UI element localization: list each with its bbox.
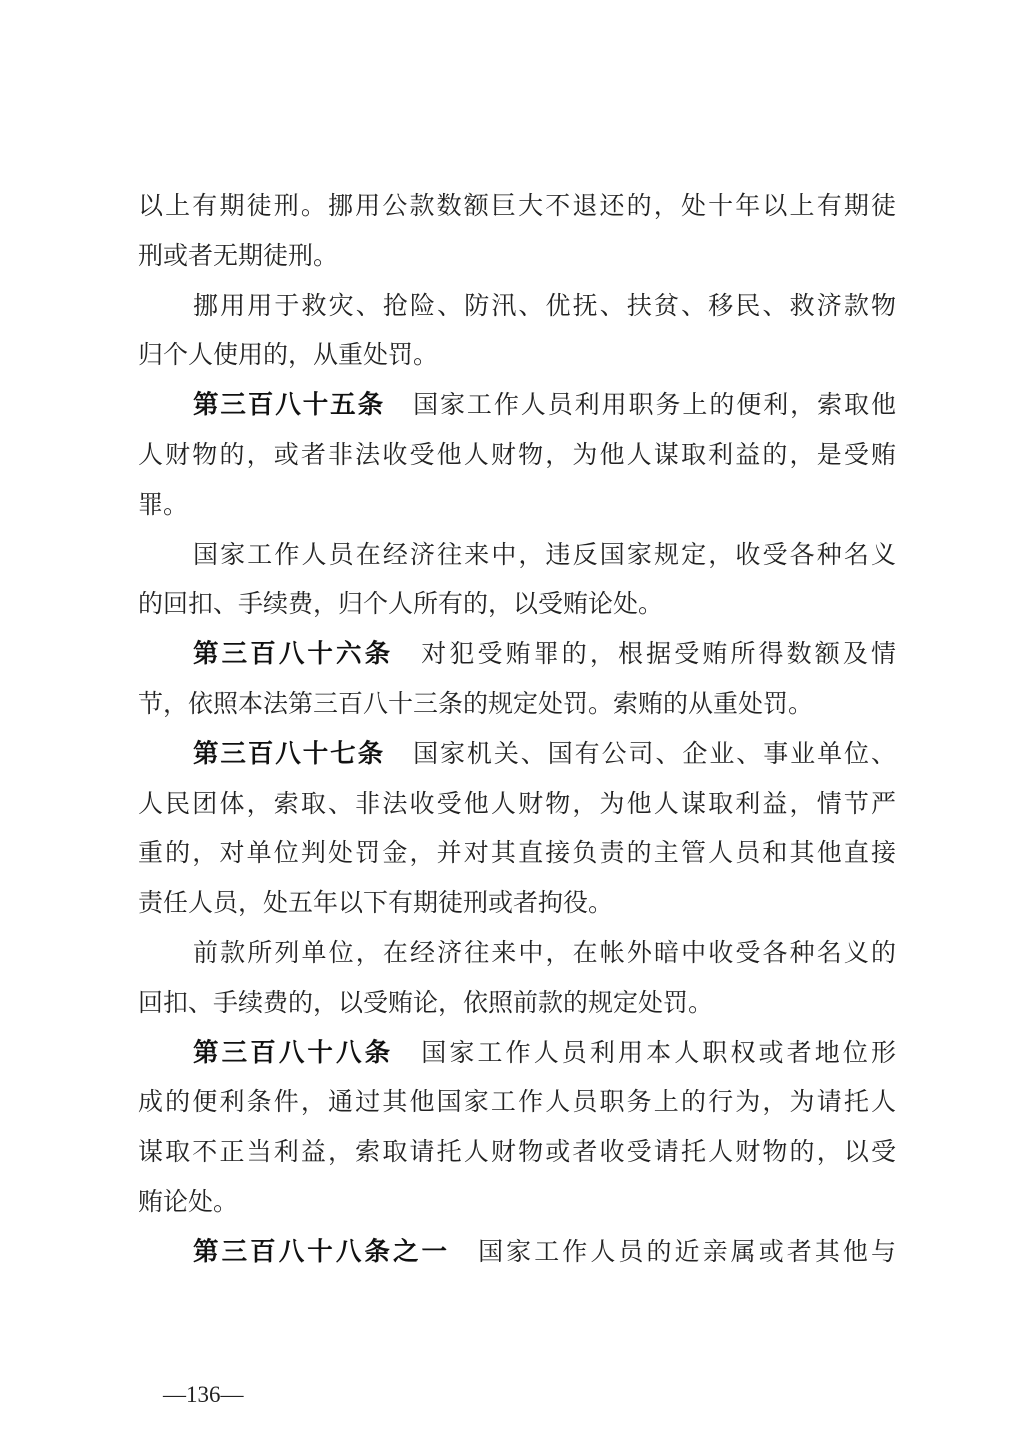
text-line: 谋取不正当利益，索取请托人财物或者收受请托人财物的，以受	[138, 1127, 896, 1177]
line-text: 人财物的，或者非法收受他人财物，为他人谋取利益的，是受贿	[138, 440, 896, 469]
line-text: 国家机关、国有公司、企业、事业单位、	[413, 739, 896, 768]
line-text: 谋取不正当利益，索取请托人财物或者收受请托人财物的，以受	[138, 1137, 896, 1166]
article-heading: 第三百八十七条	[193, 739, 385, 769]
line-text: 成的便利条件，通过其他国家工作人员职务上的行为，为请托人	[138, 1087, 896, 1116]
text-line: 节，依照本法第三百八十三条的规定处罚。索贿的从重处罚。	[138, 679, 896, 729]
line-text: 归个人使用的，从重处罚。	[138, 340, 438, 369]
article-heading: 第三百八十五条	[193, 390, 385, 420]
text-line: 回扣、手续费的，以受贿论，依照前款的规定处罚。	[138, 978, 896, 1028]
text-line: 成的便利条件，通过其他国家工作人员职务上的行为，为请托人	[138, 1077, 896, 1127]
line-text: 国家工作人员的近亲属或者其他与	[478, 1237, 896, 1266]
line-text: 回扣、手续费的，以受贿论，依照前款的规定处罚。	[138, 988, 713, 1017]
line-text: 重的，对单位判处罚金，并对其直接负责的主管人员和其他直接	[138, 838, 896, 867]
line-text: 刑或者无期徒刑。	[138, 241, 338, 270]
text-line: 的回扣、手续费，归个人所有的，以受贿论处。	[138, 579, 896, 629]
article-386-start: 第三百八十六条对犯受贿罪的，根据受贿所得数额及情	[138, 629, 896, 679]
text-line: 贿论处。	[138, 1177, 896, 1227]
text-line: 人财物的，或者非法收受他人财物，为他人谋取利益的，是受贿	[138, 430, 896, 480]
text-line: 责任人员，处五年以下有期徒刑或者拘役。	[138, 878, 896, 928]
text-line: 罪。	[138, 480, 896, 530]
text-line: 人民团体，索取、非法收受他人财物，为他人谋取利益，情节严	[138, 779, 896, 829]
line-text: 责任人员，处五年以下有期徒刑或者拘役。	[138, 888, 613, 917]
page-number: —136—	[163, 1382, 244, 1408]
article-387-start: 第三百八十七条国家机关、国有公司、企业、事业单位、	[138, 729, 896, 779]
text-line: 重的，对单位判处罚金，并对其直接负责的主管人员和其他直接	[138, 828, 896, 878]
line-text: 前款所列单位，在经济往来中，在帐外暗中收受各种名义的	[193, 938, 896, 967]
paragraph-start-line: 国家工作人员在经济往来中，违反国家规定，收受各种名义	[138, 530, 896, 580]
paragraph-start-line: 挪用用于救灾、抢险、防汛、优抚、扶贫、移民、救济款物	[138, 281, 896, 331]
article-388-1-start: 第三百八十八条之一国家工作人员的近亲属或者其他与	[138, 1227, 896, 1277]
line-text: 国家工作人员利用本人职权或者地位形	[421, 1038, 896, 1067]
line-text: 罪。	[138, 490, 188, 519]
line-text: 人民团体，索取、非法收受他人财物，为他人谋取利益，情节严	[138, 789, 896, 818]
document-page: 以上有期徒刑。挪用公款数额巨大不退还的，处十年以上有期徒 刑或者无期徒刑。 挪用…	[0, 0, 1024, 1448]
article-heading: 第三百八十八条	[193, 1038, 393, 1068]
line-text: 对犯受贿罪的，根据受贿所得数额及情	[421, 639, 896, 668]
article-heading: 第三百八十八条之一	[193, 1237, 450, 1267]
line-text: 节，依照本法第三百八十三条的规定处罚。索贿的从重处罚。	[138, 689, 813, 718]
line-text: 贿论处。	[138, 1187, 238, 1216]
paragraph-start-line: 前款所列单位，在经济往来中，在帐外暗中收受各种名义的	[138, 928, 896, 978]
line-text: 国家工作人员在经济往来中，违反国家规定，收受各种名义	[193, 540, 896, 569]
text-line: 以上有期徒刑。挪用公款数额巨大不退还的，处十年以上有期徒	[138, 181, 896, 231]
line-text: 的回扣、手续费，归个人所有的，以受贿论处。	[138, 589, 663, 618]
line-text: 挪用用于救灾、抢险、防汛、优抚、扶贫、移民、救济款物	[193, 291, 896, 320]
line-text: 以上有期徒刑。挪用公款数额巨大不退还的，处十年以上有期徒	[138, 191, 896, 220]
body-text: 以上有期徒刑。挪用公款数额巨大不退还的，处十年以上有期徒 刑或者无期徒刑。 挪用…	[138, 181, 896, 1277]
article-388-start: 第三百八十八条国家工作人员利用本人职权或者地位形	[138, 1028, 896, 1078]
text-line: 刑或者无期徒刑。	[138, 231, 896, 281]
article-heading: 第三百八十六条	[193, 639, 393, 669]
article-385-start: 第三百八十五条国家工作人员利用职务上的便利，索取他	[138, 380, 896, 430]
line-text: 国家工作人员利用职务上的便利，索取他	[413, 390, 896, 419]
text-line: 归个人使用的，从重处罚。	[138, 330, 896, 380]
